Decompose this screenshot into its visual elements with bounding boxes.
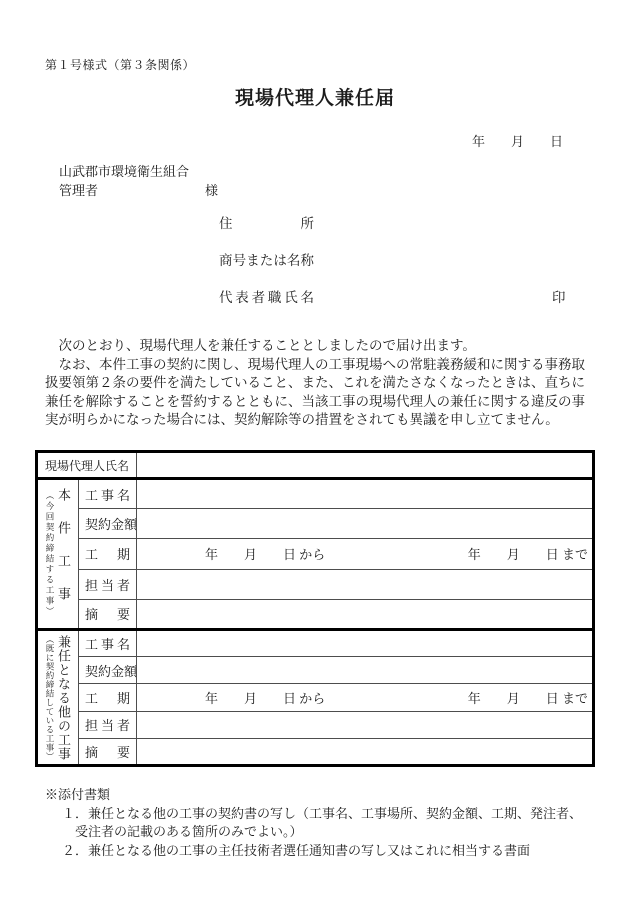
- addressee-role: 管理者: [59, 183, 98, 198]
- table-row: 契約金額: [37, 509, 594, 539]
- period-from: 年 月 日 から: [205, 544, 325, 563]
- remarks-label: 摘要: [79, 599, 137, 629]
- table-row: 契約金額: [37, 657, 594, 684]
- work-period-label: 工期: [79, 539, 137, 569]
- period-from: 年 月 日 から: [205, 688, 325, 707]
- period-to: 年 月 日 まで: [468, 688, 588, 707]
- body-line: 兼任を解除することを誓約するとともに、当該工事の現場代理人の兼任に関する違反の事: [45, 393, 590, 412]
- notes-heading: ※添付書類: [45, 786, 582, 805]
- applicant-representative-line: 代表者職氏名 印: [219, 286, 314, 323]
- contract-amount-value-cell: [137, 509, 594, 539]
- table-row: 担当者: [37, 711, 594, 738]
- section-other-work: 兼任となる他の工事 （既に契約締結している工事） 工事名 契約金額 工期 年 月…: [37, 630, 594, 766]
- note-item-2: ２．兼任となる他の工事の主任技術者選任通知書の写し又はこれに相当する書面: [45, 842, 582, 861]
- person-in-charge-value-cell: [137, 711, 594, 738]
- remarks-label: 摘要: [79, 738, 137, 765]
- contract-amount-value-cell: [137, 657, 594, 684]
- addressee-organization: 山武郡市環境衛生組合: [59, 163, 189, 182]
- work-period-value-cell: 年 月 日 から 年 月 日 まで: [137, 539, 594, 569]
- seal-mark: 印: [552, 286, 566, 306]
- table-row: 工期 年 月 日 から 年 月 日 まで: [37, 539, 594, 569]
- address-label: 住所: [219, 212, 314, 232]
- remarks-value-cell: [137, 738, 594, 765]
- work-name-value-cell: [137, 630, 594, 657]
- table-row: 本件工事 （今回契約締結する工事） 工事名: [37, 479, 594, 509]
- table-row: 現場代理人氏名: [37, 452, 594, 479]
- section-other-work-header: 兼任となる他の工事 （既に契約締結している工事）: [37, 630, 79, 766]
- attachments-notes: ※添付書類 １．兼任となる他の工事の契約書の写し（工事名、工事場所、契約金額、工…: [45, 786, 582, 860]
- body-line: 次のとおり、現場代理人を兼任することとしましたので届け出ます。: [45, 337, 590, 356]
- note-item-1: １．兼任となる他の工事の契約書の写し（工事名、工事場所、契約金額、工期、発注者、: [45, 805, 582, 824]
- period-to: 年 月 日 まで: [468, 544, 588, 563]
- body-line: なお、本件工事の契約に関し、現場代理人の工事現場への常駐義務緩和に関する事務取: [45, 356, 590, 375]
- note-item-1-continued: 受注者の記載のある箇所のみでよい。）: [45, 823, 582, 842]
- section-current-work: 本件工事 （今回契約締結する工事） 工事名 契約金額 工期 年 月 日 から 年…: [37, 479, 594, 630]
- table-row: 担当者: [37, 569, 594, 599]
- addressee-honorific: 様: [205, 182, 218, 201]
- work-period-label: 工期: [79, 684, 137, 711]
- section-other-work-sub-label: （既に契約締結している工事）: [44, 631, 55, 764]
- contract-amount-label: 契約金額: [79, 509, 137, 539]
- work-name-value-cell: [137, 479, 594, 509]
- addressee-role-line: 管理者 様: [59, 182, 189, 201]
- body-text: 次のとおり、現場代理人を兼任することとしましたので届け出ます。 なお、本件工事の…: [45, 337, 590, 430]
- works-table: 現場代理人氏名 本件工事 （今回契約締結する工事） 工事名 契約金額: [35, 450, 595, 767]
- applicant-company-line: 商号または名称: [219, 249, 314, 286]
- body-line: 実が明らかになった場合には、契約解除等の措置をされても異議を申し立てません。: [45, 411, 590, 430]
- table-row: 摘要: [37, 738, 594, 765]
- applicant-block: 住所 商号または名称 代表者職氏名 印: [219, 212, 314, 323]
- table-row: 摘要: [37, 599, 594, 629]
- company-name-label: 商号または名称: [219, 249, 314, 269]
- section-current-work-label: 本件工事: [55, 480, 72, 628]
- applicant-address-line: 住所: [219, 212, 314, 249]
- agent-name-value-cell: [137, 452, 594, 479]
- person-in-charge-label: 担当者: [79, 569, 137, 599]
- page-title: 現場代理人兼任届: [0, 83, 630, 110]
- table-row: 工期 年 月 日 から 年 月 日 まで: [37, 684, 594, 711]
- person-in-charge-label: 担当者: [79, 711, 137, 738]
- work-period-value-cell: 年 月 日 から 年 月 日 まで: [137, 684, 594, 711]
- work-name-label: 工事名: [79, 630, 137, 657]
- form-number: 第１号様式（第３条関係）: [45, 56, 195, 73]
- agent-name-section: 現場代理人氏名: [37, 452, 594, 479]
- contract-amount-label: 契約金額: [79, 657, 137, 684]
- body-line: 扱要領第２条の要件を満たしていること、また、これを満たさなくなったときは、直ちに: [45, 374, 590, 393]
- person-in-charge-value-cell: [137, 569, 594, 599]
- section-current-work-header: 本件工事 （今回契約締結する工事）: [37, 479, 79, 630]
- agent-name-label: 現場代理人氏名: [37, 452, 137, 479]
- date-line: 年 月 日: [472, 131, 563, 150]
- section-other-work-label: 兼任となる他の工事: [55, 631, 72, 764]
- table-row: 兼任となる他の工事 （既に契約締結している工事） 工事名: [37, 630, 594, 657]
- work-name-label: 工事名: [79, 479, 137, 509]
- section-current-work-sub-label: （今回契約締結する工事）: [44, 480, 55, 628]
- representative-label: 代表者職氏名: [219, 286, 314, 306]
- remarks-value-cell: [137, 599, 594, 629]
- addressee-block: 山武郡市環境衛生組合 管理者 様: [59, 163, 189, 200]
- document-page: 第１号様式（第３条関係） 現場代理人兼任届 年 月 日 山武郡市環境衛生組合 管…: [0, 0, 630, 903]
